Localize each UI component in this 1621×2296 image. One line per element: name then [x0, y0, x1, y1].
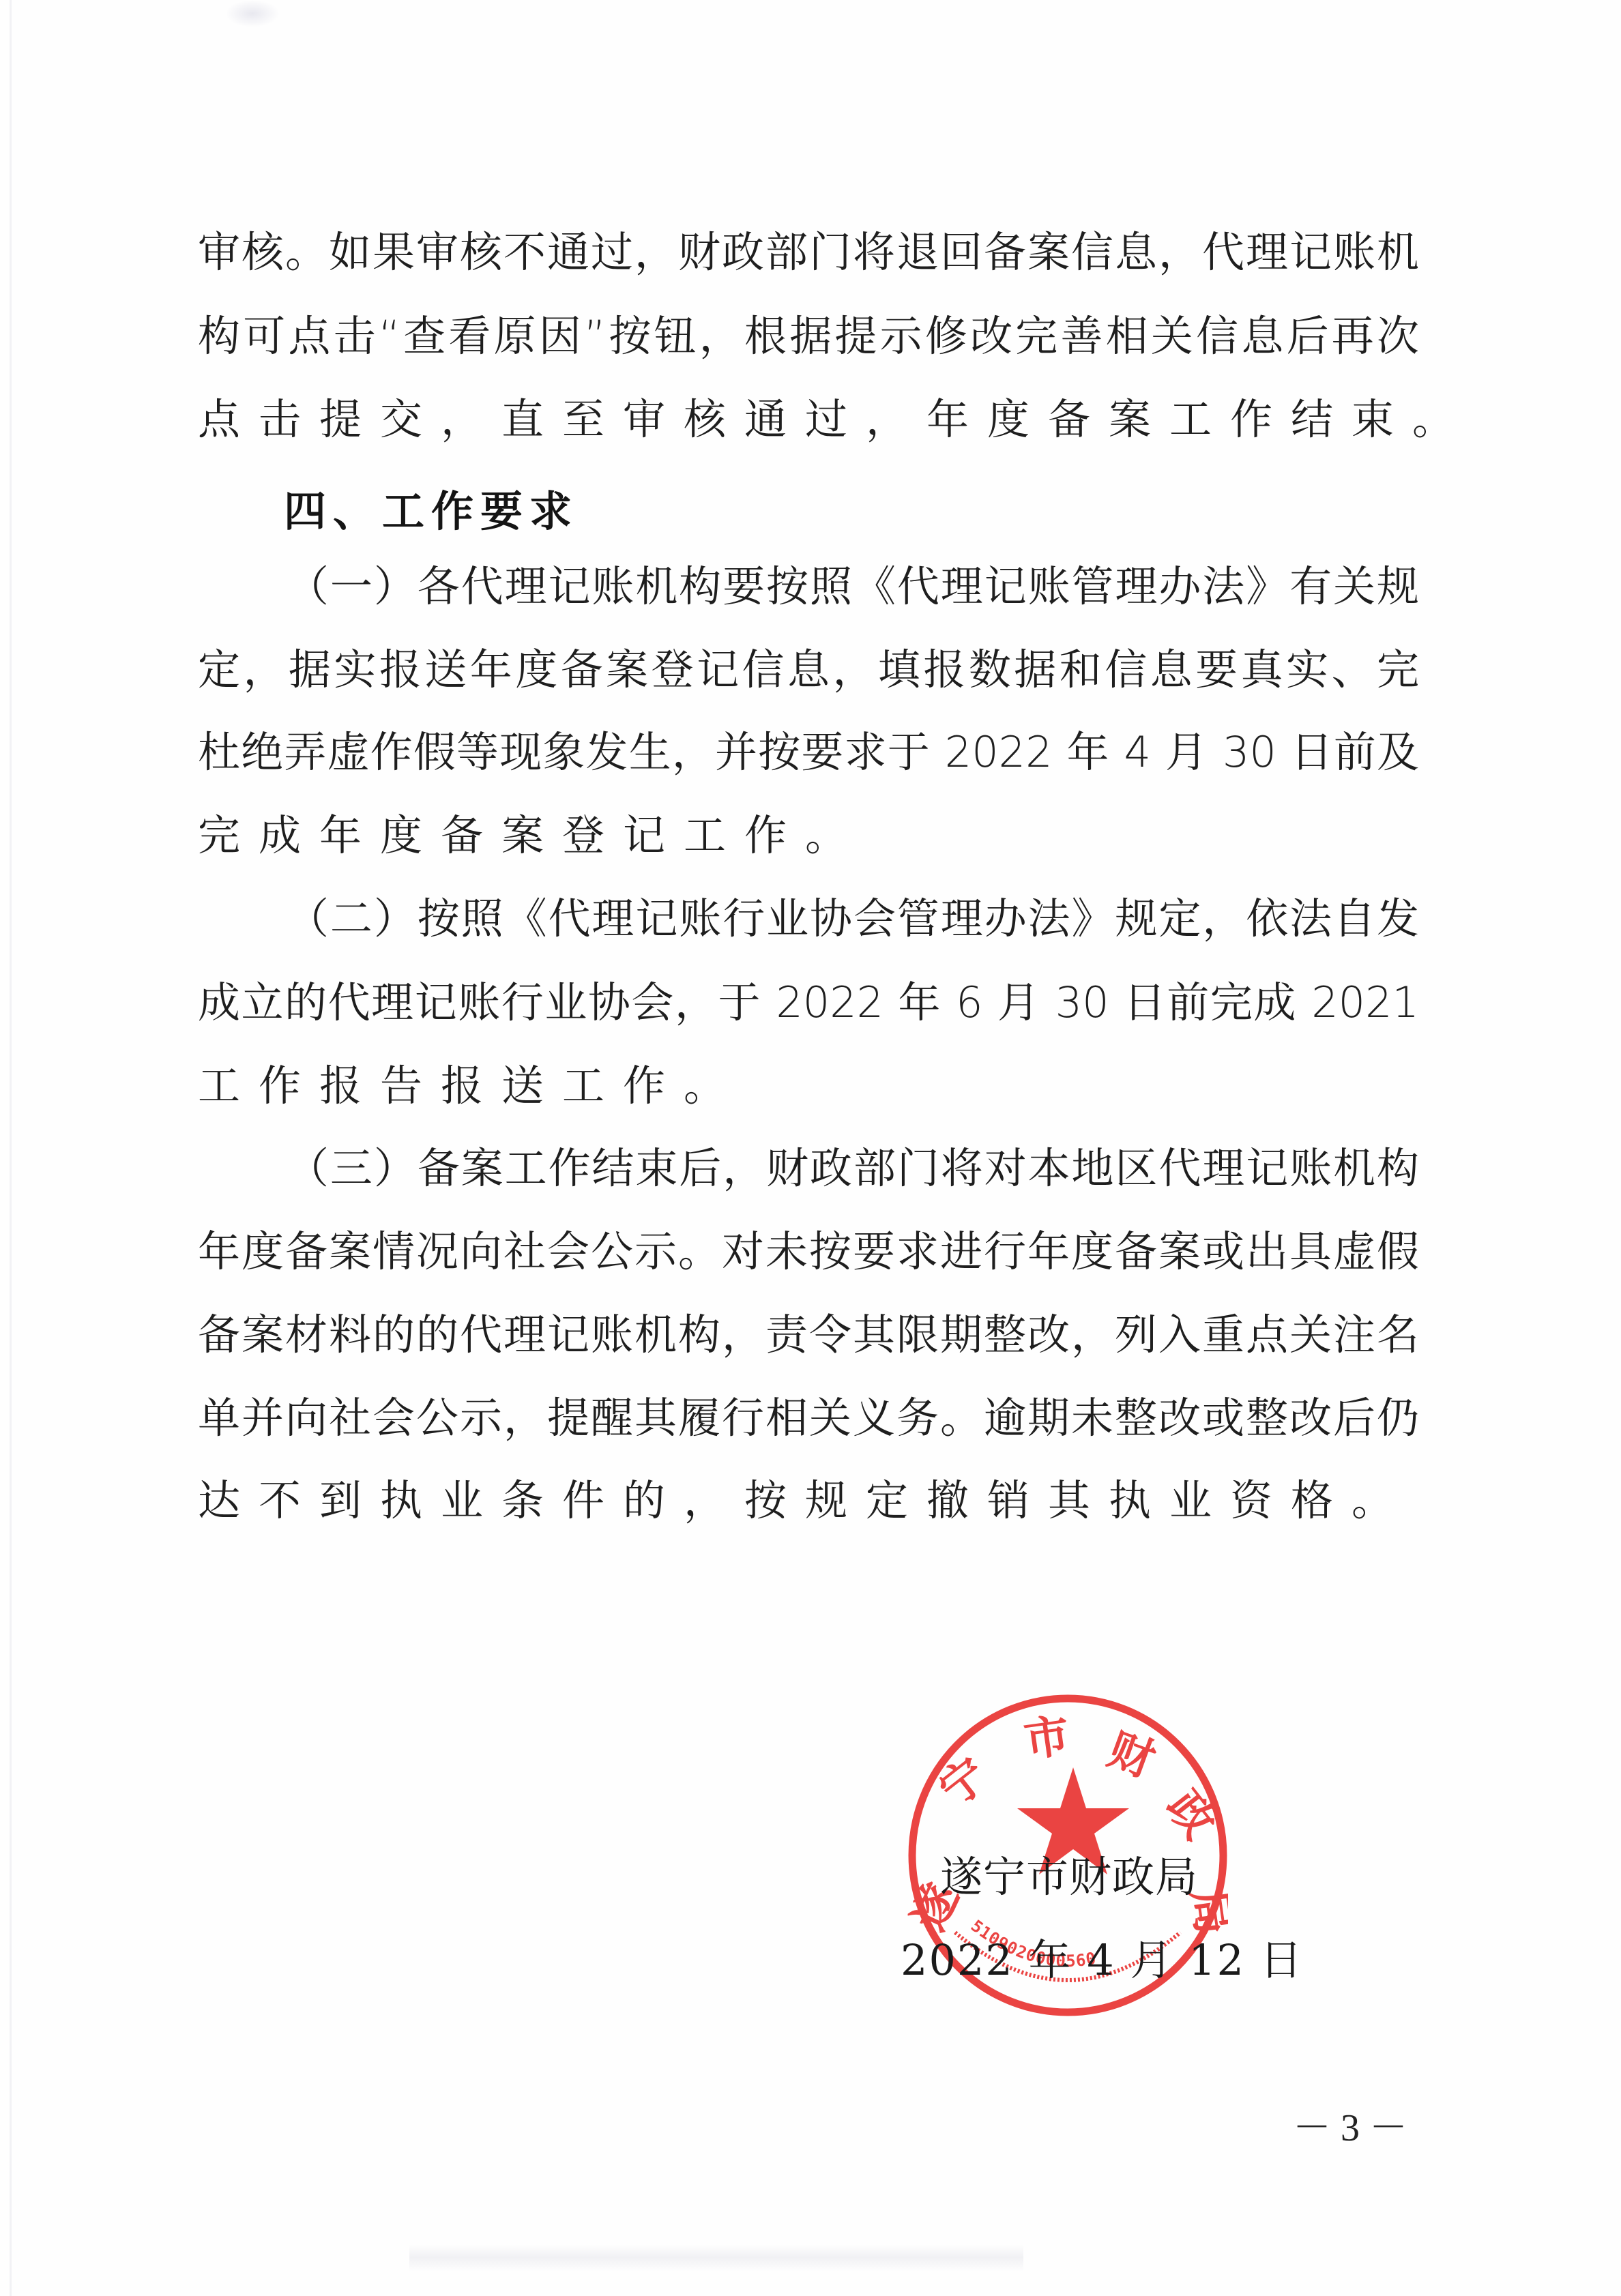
- body-line: 成立的代理记账行业协会，于 2022 年 6 月 30 日前完成 2021 年度: [198, 975, 1419, 1030]
- issue-date: 2022 年 4 月 12 日: [901, 1933, 1304, 1988]
- body-line: 工作报告报送工作。: [198, 1059, 744, 1113]
- body-line: 完成年度备案登记工作。: [198, 808, 866, 863]
- body-line: 年度备案情况向社会公示。对未按要求进行年度备案或出具虚假: [198, 1224, 1419, 1279]
- document-page: 审核。如果审核不通过，财政部门将退回备案信息，代理记账机 构可点击“查看原因”按…: [0, 0, 1621, 2296]
- section-heading: 四、工作要求: [284, 484, 579, 539]
- svg-text:政: 政: [1156, 1780, 1225, 1848]
- body-line: 杜绝弄虚作假等现象发生，并按要求于 2022 年 4 月 30 日前及时: [198, 725, 1419, 780]
- body-line: 点击提交，直至审核通过，年度备案工作结束。: [198, 392, 1473, 447]
- scan-artifact-edge: [10, 0, 12, 2296]
- scan-artifact-smudge: [225, 0, 280, 27]
- body-line: 定，据实报送年度备案登记信息，填报数据和信息要真实、完整，: [198, 643, 1419, 697]
- page-number: － 3 －: [1293, 2104, 1399, 2152]
- svg-text:财: 财: [1102, 1723, 1162, 1788]
- body-line: 单并向社会公示，提醒其履行相关义务。逾期未整改或整改后仍: [198, 1391, 1419, 1445]
- scan-artifact-bleed: [409, 2244, 1023, 2271]
- body-line: 审核。如果审核不通过，财政部门将退回备案信息，代理记账机: [198, 225, 1419, 280]
- body-line: （一）各代理记账机构要按照《代理记账管理办法》有关规: [287, 559, 1419, 614]
- body-line: 备案材料的的代理记账机构，责令其限期整改，列入重点关注名: [198, 1308, 1419, 1362]
- body-line: （二）按照《代理记账行业协会管理办法》规定，依法自发: [287, 892, 1419, 946]
- issuer-name: 遂宁市财政局: [940, 1850, 1198, 1904]
- body-line: （三）备案工作结束后，财政部门将对本地区代理记账机构: [287, 1141, 1419, 1196]
- body-line: 达不到执业条件的，按规定撤销其执业资格。: [198, 1473, 1412, 1528]
- svg-text:市: 市: [1021, 1709, 1073, 1767]
- body-line: 构可点击“查看原因”按钮，根据提示修改完善相关信息后再次: [198, 309, 1419, 364]
- svg-text:宁: 宁: [929, 1748, 997, 1816]
